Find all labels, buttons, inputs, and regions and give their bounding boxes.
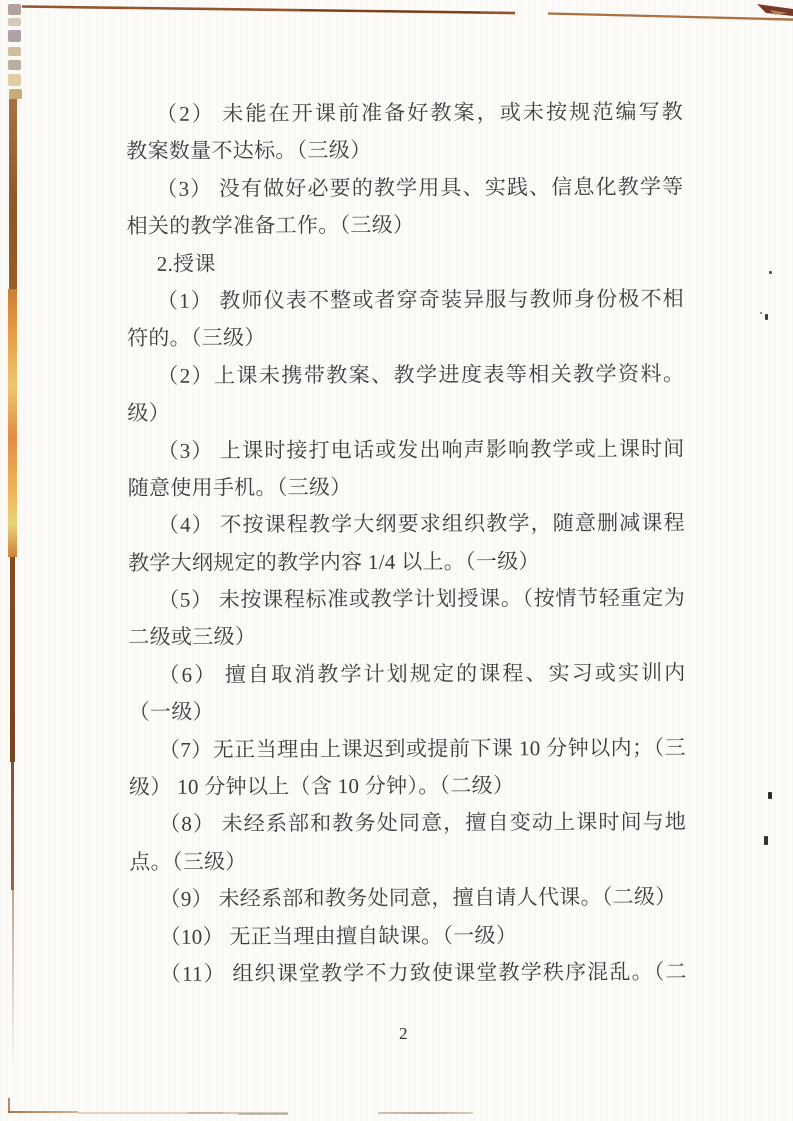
text-line: （6） 擅自取消教学计划规定的课程、实习或实训内容。 xyxy=(128,654,685,694)
edge-debris xyxy=(9,89,22,99)
ink-speck xyxy=(765,314,768,320)
edge-strip-upper xyxy=(9,99,17,289)
text-line: 点。（三级） xyxy=(129,841,686,881)
edge-debris xyxy=(8,4,21,15)
text-line: （4） 不按课程教学大纲要求组织教学，随意删减课程 xyxy=(128,505,685,545)
ink-speck xyxy=(768,792,772,799)
scan-edge-top xyxy=(0,0,793,30)
edge-debris xyxy=(8,18,21,26)
text-line: （3） 没有做好必要的教学用具、实践、信息化教学等 xyxy=(126,168,683,208)
text-line: （7）无正当理由上课迟到或提前下课 10 分钟以内；（三 xyxy=(129,729,686,769)
text-line: 级） 10 分钟以上（含 10 分钟）。（二级） xyxy=(129,767,686,807)
text-line: （10） 无正当理由擅自缺课。（一级） xyxy=(130,916,687,956)
text-line: （3） 上课时接打电话或发出响声影响教学或上课时间 xyxy=(127,430,684,470)
edge-strip-orange xyxy=(8,289,17,557)
text-line: （一级） xyxy=(129,692,686,732)
edge-segment xyxy=(378,1112,473,1114)
text-line: （8） 未经系部和教务处同意，擅自变动上课时间与地 xyxy=(129,804,686,844)
text-line: 二级或三级） xyxy=(128,617,685,657)
ink-speck xyxy=(769,271,772,274)
text-line: （2） 未能在开课前准备好教案，或未按规范编写教案， xyxy=(126,94,683,134)
edge-segment xyxy=(8,1111,78,1113)
edge-corner-tick xyxy=(8,1098,10,1113)
edge-strip-fade xyxy=(12,890,14,1065)
edge-debris xyxy=(8,74,21,86)
edge-debris xyxy=(8,60,21,70)
text-line: （5） 未按课程标准或教学计划授课。（按情节轻重定为 xyxy=(128,580,685,620)
text-line: 随意使用手机。（三级） xyxy=(128,467,685,507)
edge-debris xyxy=(8,30,21,42)
edge-debris xyxy=(8,47,21,56)
text-line: 相关的教学准备工作。（三级） xyxy=(126,206,683,246)
page-number: 2 xyxy=(399,1024,408,1044)
text-line: 教学大纲规定的教学内容 1/4 以上。（一级） xyxy=(128,542,685,582)
edge-strip-lower xyxy=(10,557,15,762)
text-line: （11） 组织课堂教学不力致使课堂教学秩序混乱。（二 xyxy=(130,954,687,994)
edge-strip-thin xyxy=(11,762,14,890)
text-line: 教案数量不达标。（三级） xyxy=(126,131,683,171)
scan-edge-left xyxy=(0,0,26,1121)
ink-speck xyxy=(764,836,768,845)
text-line: 2.授课 xyxy=(127,243,684,283)
text-line: （2）上课未携带教案、教学进度表等相关教学资料。（三 xyxy=(127,355,684,395)
text-line: 级） xyxy=(127,393,684,433)
document-text: （2） 未能在开课前准备好教案，或未按规范编写教案，教案数量不达标。（三级）（3… xyxy=(126,94,687,994)
ink-speck xyxy=(760,312,762,314)
document-page: （2） 未能在开课前准备好教案，或未按规范编写教案，教案数量不达标。（三级）（3… xyxy=(0,0,793,1121)
edge-segment xyxy=(238,1113,288,1115)
text-line: 符的。（三级） xyxy=(127,318,684,358)
text-line: （9） 未经系部和教务处同意，擅自请人代课。（二级） xyxy=(129,879,686,919)
text-line: （1） 教师仪表不整或者穿奇装异服与教师身份极不相 xyxy=(127,281,684,321)
